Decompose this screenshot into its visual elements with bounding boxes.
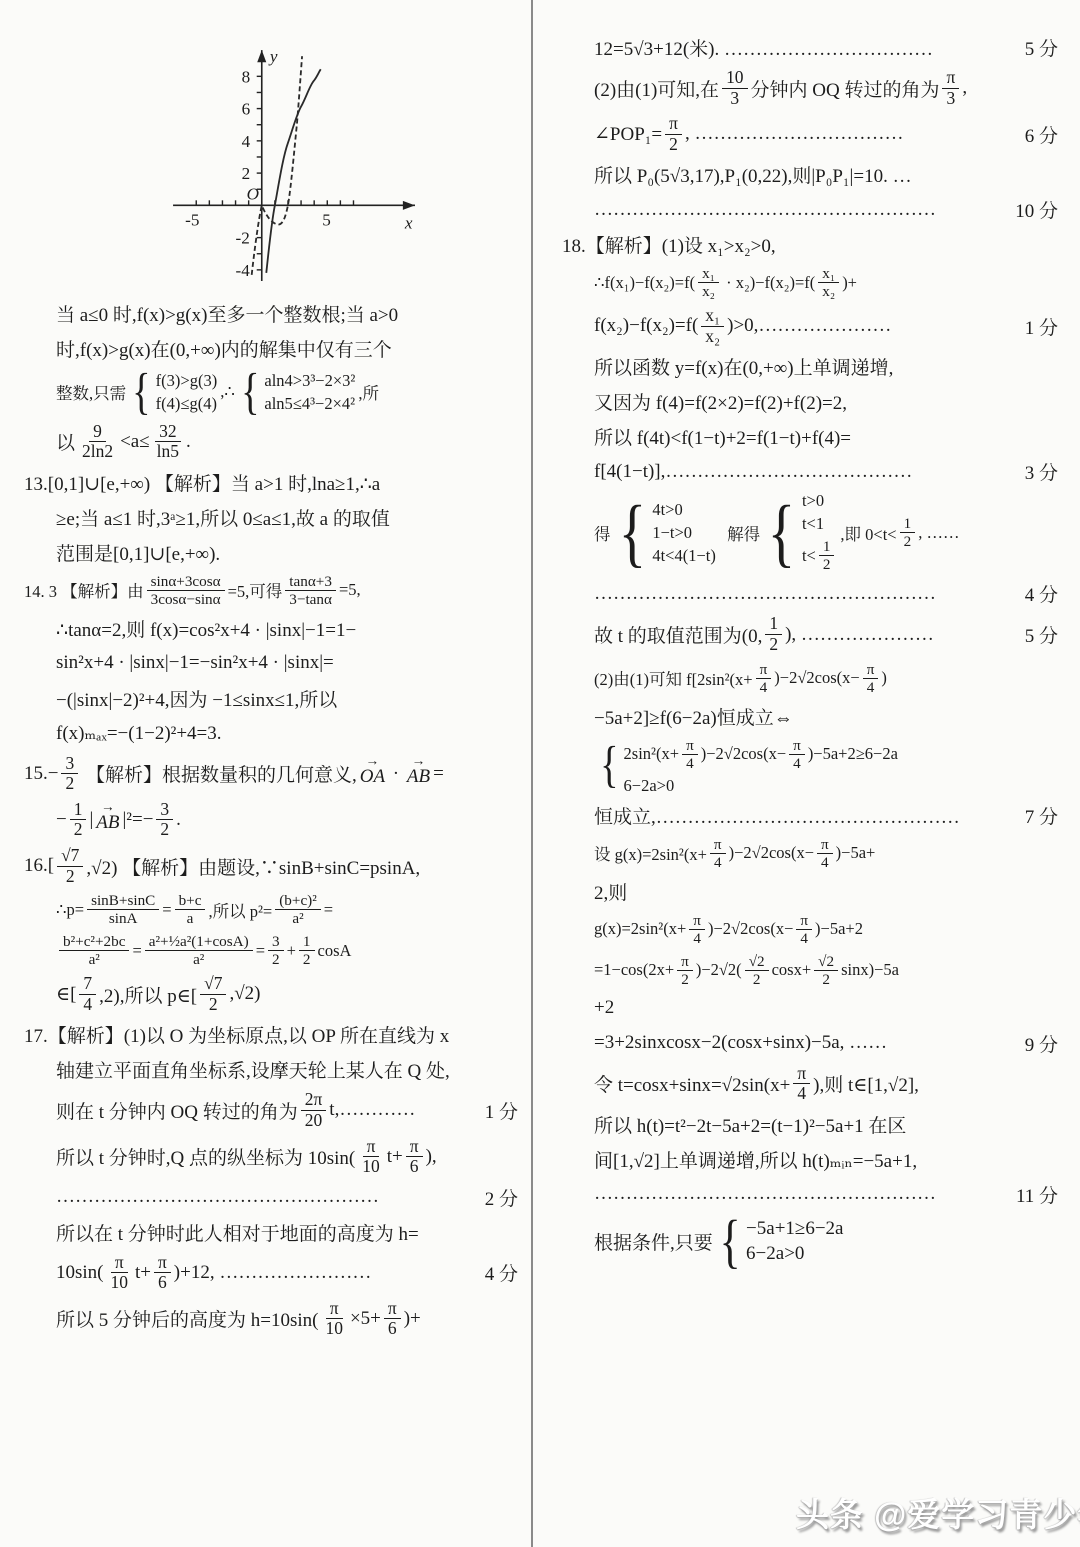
text-line: ∴p=sinB+sinCsinA=b+ca,所以 p²=(b+c)²a²=: [24, 891, 518, 928]
fraction: π2: [677, 953, 693, 988]
xtick-neg5: -5: [185, 211, 199, 230]
fraction-numerator: √2: [814, 953, 838, 971]
text-run: )−2√2(: [696, 960, 742, 980]
text-line: 以92ln2<a≤32ln5.: [24, 421, 518, 463]
cases-row: 1−t>0: [652, 523, 692, 543]
fraction: 32: [268, 933, 284, 968]
text-run: )−2√2cos(x−: [708, 919, 793, 939]
text-run: ), …………………: [785, 624, 934, 646]
fraction-numerator: π: [689, 912, 705, 930]
text-run: =: [256, 941, 265, 961]
text-run: )−2√2cos(x−: [774, 668, 859, 688]
cases-brace-icon: {: [768, 497, 796, 570]
fraction: π4: [863, 661, 879, 696]
text-run: 轴建立平面直角坐标系,设摩天轮上某人在 Q 处,: [56, 1056, 450, 1083]
fraction-numerator: 3: [156, 800, 173, 821]
fraction-denominator: 2: [665, 135, 682, 155]
cases-row: 4t>0: [652, 500, 682, 520]
text-run: <a≤: [120, 431, 150, 453]
text-run: 得: [594, 521, 611, 545]
x-axis-arrow: [403, 201, 415, 210]
ytick-neg4: -4: [236, 261, 251, 280]
fraction-numerator: √2: [745, 953, 769, 971]
text-run: 6−2a>0: [746, 1243, 804, 1265]
text-run: )−2√2cos(x−: [701, 744, 786, 764]
fraction-denominator: 6: [406, 1157, 423, 1177]
fraction-numerator: 1: [70, 800, 87, 821]
text-line: b²+c²+2bca²=a²+½a²(1+cosA)a²=32+12cosA: [24, 932, 518, 969]
text-line: ∴tanα=2,则 f(x)=cos²x+4 · |sinx|−1=1−: [24, 613, 518, 644]
cases-row: aln5≤4³−2×4²: [264, 394, 355, 414]
text-run: ∴f(x₁)−f(x₂)=f(: [594, 273, 695, 293]
fraction-denominator: 4: [710, 854, 726, 871]
score-label: 7 分: [1017, 802, 1058, 829]
text-run: 间[1,√2]上单调递增,所以 h(t)ₘᵢₙ=−5a+1,: [594, 1146, 917, 1173]
fraction-denominator: x₂: [701, 327, 724, 347]
text-run: ×5+: [350, 1308, 381, 1330]
fraction-numerator: √7: [57, 846, 83, 867]
x-axis-label: x: [404, 214, 413, 233]
column-divider: [531, 0, 533, 1547]
score-label: 6 分: [1017, 121, 1058, 148]
text-run: 2,则: [594, 878, 627, 905]
fraction: sinα+3cosα3cosα−sinα: [147, 573, 225, 608]
text-run: 范围是[0,1]∪[e,+∞).: [56, 539, 220, 566]
fraction: π10: [321, 1299, 346, 1339]
text-line: (2)由(1)可知,在103分钟内 OQ 转过的角为π3,: [562, 67, 1058, 109]
text-run: cosx+: [772, 960, 812, 980]
text-line: −12|AB|²=−32.: [24, 799, 518, 841]
fraction-numerator: a²+½a²(1+cosA): [145, 933, 253, 951]
text-run: )−5a+2: [815, 919, 863, 939]
text-line: ………………………………………………11 分: [562, 1179, 1058, 1210]
text-run: t<1: [802, 514, 824, 534]
text-run: 时,f(x)>g(x)在(0,+∞)内的解集中仅有三个: [56, 335, 392, 362]
ytick-6: 6: [242, 100, 251, 119]
fraction-numerator: b²+c²+2bc: [59, 933, 129, 951]
fraction-denominator: 4: [863, 679, 879, 696]
text-line: 整数,只需{f(3)>g(3)f(4)≤g(4),∴{aln4>3³−2×3²a…: [24, 368, 518, 417]
fraction-numerator: b+c: [175, 892, 206, 910]
fraction: π4: [796, 912, 812, 947]
text-run: =: [132, 941, 141, 961]
fraction-numerator: π: [710, 836, 726, 854]
fraction-numerator: tanα+3: [285, 573, 336, 591]
fraction-numerator: π: [682, 737, 698, 755]
text-run: −(|sinx|−2)²+4,因为 −1≤sinx≤1,所以: [56, 685, 337, 712]
fraction-denominator: x₂: [698, 283, 719, 300]
text-run: t,…………: [329, 1099, 415, 1121]
fraction-denominator: 4: [756, 679, 772, 696]
text-line: sin²x+4 · |sinx|−1=−sin²x+4 · |sinx|=: [24, 648, 518, 679]
fraction-denominator: 2: [62, 867, 79, 887]
fraction: π4: [789, 737, 805, 772]
fraction: π4: [710, 836, 726, 871]
text-line: ∴f(x₁)−f(x₂)=f(x₁x₂ · x₂)−f(x₂)=f(x₁x₂)+: [562, 264, 1058, 301]
fraction: π4: [817, 836, 833, 871]
text-line: 轴建立平面直角坐标系,设摩天轮上某人在 Q 处,: [24, 1054, 518, 1085]
cases-brace-icon: {: [132, 368, 150, 417]
fraction-numerator: x₁: [698, 265, 719, 283]
fraction-numerator: π: [756, 661, 772, 679]
vector: OA: [360, 760, 385, 788]
text-run: 故 t 的取值范围为(0,: [594, 621, 762, 648]
fraction: π3: [942, 68, 959, 108]
text-run: ,∴: [220, 382, 235, 402]
fraction-numerator: π: [363, 1137, 380, 1158]
fraction: 12: [765, 614, 782, 654]
text-run: =5,: [339, 580, 361, 600]
text-run: 当 a≤0 时,f(x)>g(x)至多一个整数根;当 a>0: [56, 300, 398, 327]
text-line: 2,则: [562, 876, 1058, 907]
ytick-8: 8: [242, 67, 251, 86]
fraction-denominator: 2: [765, 635, 782, 655]
fraction-denominator: 2: [677, 971, 693, 988]
text-run: 根据条件,只要: [594, 1228, 713, 1255]
cases-column: −5a+1≥6−2a6−2a>0: [746, 1218, 843, 1265]
text-run: ,2),所以 p∈[: [99, 981, 197, 1008]
text-run: ∴p=: [56, 900, 84, 920]
fraction-numerator: π: [154, 1253, 171, 1274]
fraction-numerator: sinα+3cosα: [147, 573, 225, 591]
cases-group: {4t>01−t>04t<4(1−t): [614, 497, 716, 570]
text-run: )>0,…………………: [727, 315, 891, 337]
text-run: ),: [426, 1146, 437, 1168]
fraction-denominator: 2: [61, 774, 78, 794]
vector: AB: [407, 760, 430, 788]
score-label: 2 分: [477, 1184, 518, 1211]
fraction-denominator: 20: [301, 1111, 326, 1131]
text-run: 【解析】根据数量积的几何意义,: [81, 760, 357, 787]
fraction-denominator: 2: [268, 951, 284, 968]
text-line: g(x)=2sin²(x+π4)−2√2cos(x−π4)−5a+2: [562, 911, 1058, 948]
ytick-4: 4: [242, 132, 251, 151]
text-run: ∈[: [56, 983, 76, 1006]
text-line: f(x₂)−f(x₂)=f(x₁x₂)>0,…………………1 分: [562, 305, 1058, 347]
score-label: 11 分: [1008, 1181, 1058, 1208]
graph-svg: y x O 8 6 4 2 -2 -4 -5 5: [132, 34, 452, 286]
text-run: t+: [135, 1262, 151, 1284]
text-run: +2: [594, 997, 614, 1019]
text-line: 15.−32 【解析】根据数量积的几何意义,OA · AB=: [24, 753, 518, 795]
text-run: ,: [962, 77, 967, 99]
text-line: 令 t=cosx+sinx=√2sin(x+π4),则 t∈[1,√2],: [562, 1063, 1058, 1105]
text-run: t+: [387, 1146, 403, 1168]
score-label: 10 分: [1007, 196, 1058, 223]
fraction-numerator: 32: [155, 422, 180, 443]
text-run: ·: [388, 763, 404, 785]
text-line: 恒成立,…………………………………………7 分: [562, 800, 1058, 831]
fraction-denominator: a²: [288, 910, 307, 927]
fraction-numerator: π: [111, 1253, 128, 1274]
text-run: =5,可得: [228, 578, 283, 602]
text-line: ∈[74,2),所以 p∈[√72,√2): [24, 973, 518, 1015]
fraction-denominator: 4: [789, 755, 805, 772]
text-run: 12=5√3+12(米). ……………………………: [594, 34, 933, 61]
text-run: .: [176, 809, 181, 831]
fraction-numerator: 1: [819, 538, 835, 556]
cases-brace-icon: {: [241, 368, 259, 417]
fraction: π6: [406, 1137, 423, 1177]
function-graph: y x O 8 6 4 2 -2 -4 -5 5: [132, 34, 452, 286]
text-run: 恒成立,…………………………………………: [594, 802, 960, 829]
text-run: cosA: [318, 941, 352, 961]
cases-row: t<1: [802, 514, 824, 534]
text-run: f[4(1−t)],…………………………………: [594, 461, 912, 483]
score-label: 1 分: [477, 1097, 518, 1124]
text-line: 则在 t 分钟内 OQ 转过的角为2π20t,…………1 分: [24, 1089, 518, 1131]
fraction-numerator: π: [942, 68, 959, 89]
y-axis-arrow: [257, 50, 266, 62]
fraction: 32: [61, 754, 78, 794]
cases-row: aln4>3³−2×3²: [264, 371, 355, 391]
fraction-denominator: 10: [107, 1273, 132, 1293]
fraction: π6: [154, 1253, 171, 1293]
fraction: b+ca: [175, 892, 206, 927]
text-run: 又因为 f(4)=f(2×2)=f(2)+f(2)=2,: [594, 388, 847, 415]
fraction: π4: [756, 661, 772, 696]
text-line: ………………………………………………10 分: [562, 194, 1058, 225]
text-run: ……………………………………………: [56, 1186, 379, 1208]
text-run: =1−cos(2x+: [594, 960, 674, 980]
text-run: −5a+1≥6−2a: [746, 1218, 843, 1240]
fraction-numerator: 2π: [301, 1090, 327, 1111]
text-run: 设 g(x)=2sin²(x+: [594, 841, 707, 865]
watermark: 头条 @爱学习青少年: [796, 1489, 1080, 1536]
text-run: 10sin(: [56, 1262, 104, 1284]
text-run: sinx)−5a: [841, 960, 899, 980]
fraction: 103: [722, 68, 747, 108]
text-run: aln4>3³−2×3²: [264, 371, 355, 391]
cases-column: 2sin²(x+π4)−2√2cos(x−π4)−5a+2≥6−2a6−2a>0: [624, 736, 898, 796]
fraction-numerator: √7: [200, 974, 226, 995]
fraction: √72: [57, 846, 83, 886]
text-line: 设 g(x)=2sin²(x+π4)−2√2cos(x−π4)−5a+: [562, 835, 1058, 872]
fraction: x₁x₂: [701, 306, 724, 346]
fraction: tanα+33−tanα: [285, 573, 336, 608]
fraction-denominator: 2: [818, 971, 834, 988]
text-run: 18.【解析】(1)设 x₁>x₂>0,: [562, 231, 776, 258]
fraction: √72: [200, 974, 226, 1014]
fraction-numerator: 1: [299, 933, 315, 951]
fraction: 12: [900, 515, 916, 550]
fraction-numerator: 9: [89, 422, 106, 443]
fraction-denominator: 6: [384, 1319, 401, 1339]
score-label: 5 分: [1017, 34, 1058, 61]
score-label: 5 分: [1017, 621, 1058, 648]
xtick-5: 5: [322, 211, 331, 230]
text-line: 所以 f(4t)<f(1−t)+2=f(1−t)+f(4)=: [562, 421, 1058, 452]
cases-row: f(3)>g(3): [156, 371, 218, 391]
text-line: −(|sinx|−2)²+4,因为 −1≤sinx≤1,所以: [24, 683, 518, 714]
text-run: )−5a+: [836, 843, 876, 863]
fraction-numerator: sinB+sinC: [87, 892, 159, 910]
fraction-numerator: 3: [268, 933, 284, 951]
text-line: 14. 3 【解析】由sinα+3cosα3cosα−sinα=5,可得tanα…: [24, 572, 518, 609]
text-run: f(x)ₘₐₓ=−(1−2)²+4=3.: [56, 722, 222, 745]
score-label: 3 分: [1017, 458, 1058, 485]
text-run: ,√2): [229, 983, 260, 1005]
text-run: ………………………………………………: [594, 1183, 936, 1205]
text-run: ): [881, 668, 887, 688]
text-run: (2)由(1)可知,在: [594, 75, 719, 102]
text-run: f(x₂)−f(x₂)=f(: [594, 315, 698, 337]
fraction: 2π20: [301, 1090, 327, 1130]
right-column: 12=5√3+12(米). ……………………………5 分(2)由(1)可知,在1…: [562, 30, 1058, 1272]
fraction: π4: [689, 912, 705, 947]
score-label: 4 分: [1017, 580, 1058, 607]
text-run: ………………………………………………: [594, 199, 936, 221]
cases-column: t>0t<1t<12: [802, 491, 837, 574]
fraction-denominator: 4: [689, 930, 705, 947]
fraction: sinB+sinCsinA: [87, 892, 159, 927]
text-run: sin²x+4 · |sinx|−1=−sin²x+4 · |sinx|=: [56, 652, 334, 674]
text-run: ,所: [358, 380, 379, 404]
text-line: 所以 h(t)=t²−2t−5a+2=(t−1)²−5a+1 在区: [562, 1109, 1058, 1140]
text-run: 4t<4(1−t): [652, 546, 716, 566]
text-run: )+: [404, 1308, 421, 1330]
text-run: 所以 f(4t)<f(1−t)+2=f(1−t)+f(4)=: [594, 423, 851, 450]
text-run: 则在 t 分钟内 OQ 转过的角为: [56, 1097, 298, 1124]
text-line: 得{4t>01−t>04t<4(1−t) 解得{t>0t<1t<12,即 0<t…: [562, 491, 1058, 574]
cases-row: 2sin²(x+π4)−2√2cos(x−π4)−5a+2≥6−2a: [624, 736, 898, 773]
text-run: |: [89, 809, 93, 831]
text-line: 16.[√72,√2) 【解析】由题设,∵sinB+sinC=psinA,: [24, 845, 518, 887]
fraction-denominator: 2: [749, 971, 765, 988]
text-run: 14. 3 【解析】由: [24, 578, 144, 602]
text-run: 6−2a>0: [624, 776, 675, 796]
fraction-denominator: 4: [79, 995, 96, 1015]
fraction-denominator: 2: [205, 995, 222, 1015]
fraction-numerator: 1: [900, 515, 916, 533]
text-run: 2sin²(x+: [624, 744, 680, 764]
text-run: )+: [842, 273, 857, 293]
fraction-numerator: π: [789, 737, 805, 755]
text-run: 解得: [719, 521, 760, 545]
fraction-denominator: 2: [299, 951, 315, 968]
text-line: 故 t 的取值范围为(0,12), …………………5 分: [562, 613, 1058, 655]
text-line: 范围是[0,1]∪[e,+∞).: [24, 537, 518, 568]
cubic-curve: [252, 56, 302, 275]
score-label: 9 分: [1017, 1030, 1058, 1057]
text-run: 1−t>0: [652, 523, 692, 543]
text-run: ∠POP₁=: [594, 123, 662, 146]
text-line: ∠POP₁=π2, ……………………………6 分: [562, 113, 1058, 155]
text-line: 根据条件,只要{−5a+1≥6−2a6−2a>0: [562, 1214, 1058, 1270]
cases-brace-icon: {: [600, 741, 618, 790]
fraction-denominator: 2: [70, 820, 87, 840]
fraction-denominator: 3: [943, 89, 960, 109]
fraction-denominator: 6: [154, 1273, 171, 1293]
fraction: π10: [107, 1253, 132, 1293]
text-line: 间[1,√2]上单调递增,所以 h(t)ₘᵢₙ=−5a+1,: [562, 1144, 1058, 1175]
fraction-numerator: π: [665, 114, 682, 135]
text-line: 所以 P₀(5√3,17),P₁(0,22),则|P₀P₁|=10. …: [562, 159, 1058, 190]
text-run: 17.【解析】(1)以 O 为坐标原点,以 OP 所在直线为 x: [24, 1021, 449, 1048]
text-run: g(x)=2sin²(x+: [594, 919, 686, 939]
text-line: =1−cos(2x+π2)−2√2(√22cosx+√22sinx)−5a: [562, 952, 1058, 989]
fraction: π10: [358, 1137, 383, 1177]
cases-row: 6−2a>0: [746, 1243, 804, 1265]
fraction: π6: [384, 1299, 401, 1339]
fraction-numerator: π: [384, 1299, 401, 1320]
fraction: 32: [156, 800, 173, 840]
text-run: 所以 t 分钟时,Q 点的纵坐标为 10sin(: [56, 1143, 355, 1170]
text-line: 所以函数 y=f(x)在(0,+∞)上单调递增,: [562, 351, 1058, 382]
fraction: 12: [70, 800, 87, 840]
cases-column: 4t>01−t>04t<4(1−t): [652, 500, 716, 566]
text-run: 15.−: [24, 763, 58, 785]
text-run: 16.[: [24, 855, 54, 877]
fraction: π4: [793, 1064, 810, 1104]
text-run: 令 t=cosx+sinx=√2sin(x+: [594, 1070, 790, 1097]
fraction-numerator: π: [863, 661, 879, 679]
fraction-numerator: π: [793, 1064, 810, 1085]
answer-sheet-page: y x O 8 6 4 2 -2 -4 -5 5 当 a≤0 时,f(x)>g(…: [0, 0, 1080, 1547]
vector: AB: [96, 806, 119, 834]
text-line: f(x)ₘₐₓ=−(1−2)²+4=3.: [24, 718, 518, 749]
fraction: π2: [665, 114, 682, 154]
text-run: )+12, ……………………: [174, 1262, 372, 1284]
fraction-numerator: 3: [61, 754, 78, 775]
text-run: )−2√2cos(x−: [729, 843, 814, 863]
cases-group: {t>0t<1t<12: [763, 491, 837, 574]
text-run: )−5a+2≥6−2a: [808, 744, 898, 764]
fraction-numerator: (b+c)²: [275, 892, 321, 910]
fraction-denominator: x₂: [818, 283, 839, 300]
fraction: 12: [819, 538, 835, 573]
cases-row: 4t<4(1−t): [652, 546, 716, 566]
text-line: =3+2sinxcosx−2(cosx+sinx)−5a, ……9 分: [562, 1028, 1058, 1059]
text-run: t<: [802, 546, 816, 566]
fraction-denominator: 2: [900, 533, 916, 550]
text-line: 10sin(π10t+π6)+12, ……………………4 分: [24, 1252, 518, 1294]
text-line: 所以 t 分钟时,Q 点的纵坐标为 10sin(π10t+π6),: [24, 1136, 518, 1178]
fraction: x₁x₂: [818, 265, 839, 300]
text-run: =: [324, 900, 333, 920]
fraction-denominator: 2: [156, 820, 173, 840]
fraction-denominator: 10: [358, 1157, 383, 1177]
text-run: .: [186, 431, 191, 453]
log-curve: [266, 69, 320, 273]
text-run: 所以在 t 分钟时此人相对于地面的高度为 h=: [56, 1219, 419, 1246]
text-run: 所以 h(t)=t²−2t−5a+2=(t−1)²−5a+1 在区: [594, 1111, 906, 1138]
fraction-denominator: a: [183, 910, 198, 927]
cases-brace-icon: {: [719, 1214, 740, 1270]
text-line: +2: [562, 993, 1058, 1024]
text-run: −: [56, 809, 67, 831]
cases-column: f(3)>g(3)f(4)≤g(4): [156, 371, 218, 414]
text-run: · x₂)−f(x₂)=f(: [722, 273, 815, 293]
fraction: (b+c)²a²: [275, 892, 321, 927]
text-run: |²=−: [122, 809, 153, 831]
text-run: 所以函数 y=f(x)在(0,+∞)上单调递增,: [594, 353, 893, 380]
text-line: −5a+2]≥f(6−2a)恒成立⇔: [562, 701, 1058, 732]
fraction-numerator: 1: [765, 614, 782, 635]
fraction: 12: [299, 933, 315, 968]
text-run: 13.[0,1]∪[e,+∞) 【解析】当 a>1 时,lna≥1,∴a: [24, 469, 380, 496]
text-run: ≥e;当 a≤1 时,3ᵃ≥1,所以 0≤a≤1,故 a 的取值: [56, 504, 390, 531]
fraction: π4: [682, 737, 698, 772]
cases-column: aln4>3³−2×3²aln5≤4³−2×4²: [264, 371, 355, 414]
text-line: 时,f(x)>g(x)在(0,+∞)内的解集中仅有三个: [24, 333, 518, 364]
text-run: , ……: [918, 523, 959, 543]
text-run: −5a+2]≥f(6−2a)恒成立⇔: [594, 703, 793, 730]
text-line: 13.[0,1]∪[e,+∞) 【解析】当 a>1 时,lna≥1,∴a: [24, 467, 518, 498]
text-run: ,即 0<t<: [840, 521, 896, 545]
cases-group: {−5a+1≥6−2a6−2a>0: [716, 1214, 844, 1270]
text-run: t>0: [802, 491, 824, 511]
